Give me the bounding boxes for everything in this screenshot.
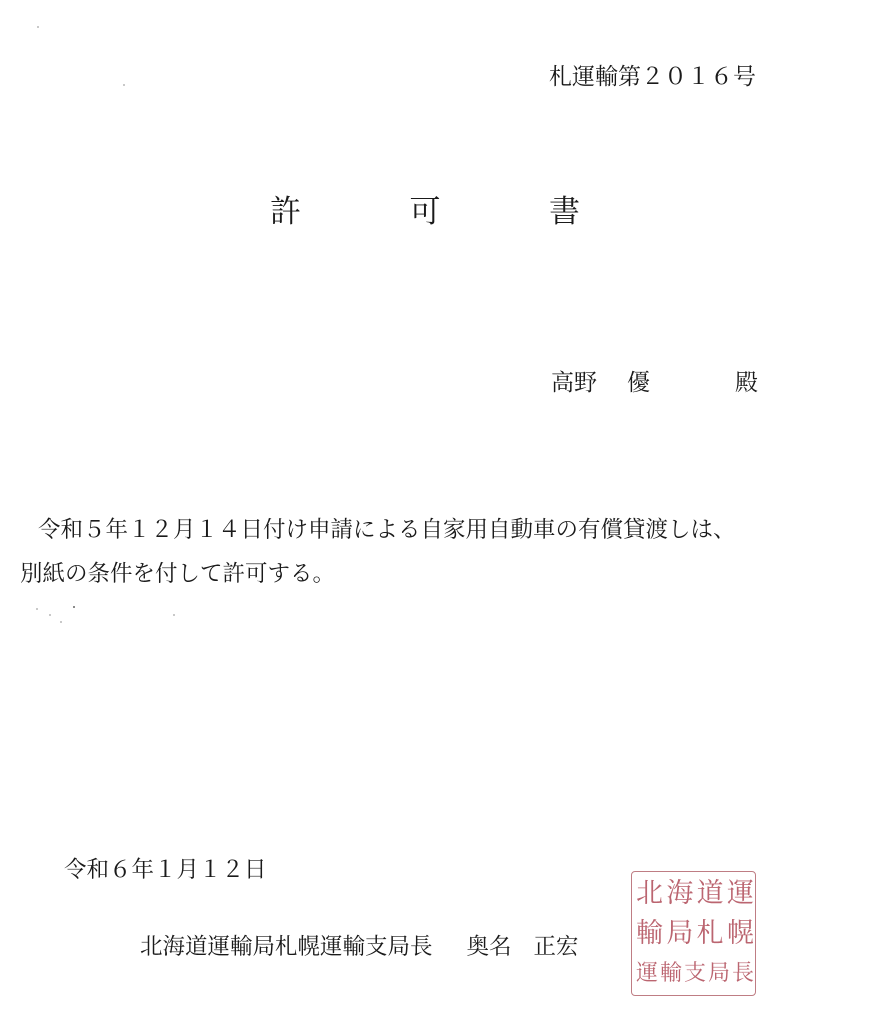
scan-speck [73,606,75,608]
issuer: 北海道運輸局札幌運輸支局長 奥名 正宏 [140,929,579,961]
scan-speck [60,621,62,623]
reference-number: 札運輸第２０１６号 [549,58,756,91]
seal-char: 輸 [636,915,662,953]
seal-char: 北 [636,875,662,913]
body-line-2: 別紙の条件を付して許可する。 [20,552,860,596]
recipient-honorific: 殿 [735,364,758,397]
issuer-office: 北海道運輸局札幌運輸支局長 [140,929,433,961]
seal-char: 局 [666,915,692,953]
seal-char: 幌 [727,915,753,953]
document-title: 許 可 書 [270,186,580,231]
seal-char: 道 [697,875,723,913]
scan-speck [123,84,125,86]
seal-char: 輸 [660,955,681,993]
issuer-given-name: 正宏 [534,929,579,961]
seal-char: 札 [697,915,723,953]
recipient-given-name: 優 [627,364,735,397]
seal-char: 運 [727,875,753,913]
seal-char: 長 [732,955,753,993]
scan-speck [36,608,38,610]
seal-row: 輸 局 札 幌 [636,915,753,953]
scan-speck [173,614,175,616]
seal-char: 運 [636,955,657,993]
scan-speck [49,614,51,616]
title-char: 書 [549,186,580,231]
title-char: 可 [410,186,441,231]
issue-date: 令和６年１月１２日 [64,852,267,884]
title-char: 許 [270,186,301,231]
seal-char: 支 [684,955,705,993]
seal-row: 北 海 道 運 [636,875,753,913]
issuer-surname: 奥名 [467,929,512,961]
seal-char: 局 [708,955,729,993]
seal-row: 運 輸 支 局 長 [636,955,753,993]
recipient: 高野 優 殿 [551,364,758,397]
seal-char: 海 [666,875,692,913]
body-line-1: 令和５年１２月１４日付け申請による自家用自動車の有償貸渡しは、 [20,508,860,552]
scan-speck [37,26,39,28]
official-seal-stamp: 北 海 道 運 輸 局 札 幌 運 輸 支 局 長 [631,871,756,996]
permit-body: 令和５年１２月１４日付け申請による自家用自動車の有償貸渡しは、 別紙の条件を付し… [20,508,860,596]
recipient-surname: 高野 [551,364,627,397]
